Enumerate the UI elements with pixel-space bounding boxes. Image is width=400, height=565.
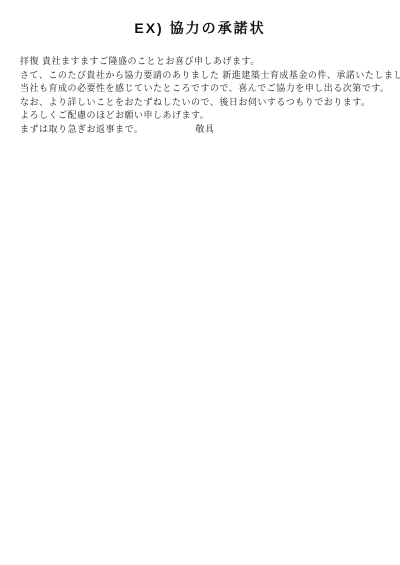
letter-body: 拝復 貴社ますますご隆盛のこととお喜び申しあげます。 さて、このたび貴社から協力… — [0, 55, 400, 136]
letter-line-greeting: 拝復 貴社ますますご隆盛のこととお喜び申しあげます。 — [20, 55, 388, 69]
letter-line-reason: 当社も育成の必要性を感じていたところですので、喜んでご協力を申し出る次第です。 — [20, 82, 388, 96]
letter-title: EX) 協力の承諾状 — [0, 18, 400, 38]
letter-line-signoff: まずは取り急ぎお返事まで。 敬具 — [20, 123, 388, 137]
letter-document: EX) 協力の承諾状 拝復 貴社ますますご隆盛のこととお喜び申しあげます。 さて… — [0, 0, 400, 565]
letter-line-followup: なお、より詳しいことをおたずねしたいので、後日お伺いするつもりでおります。 — [20, 96, 388, 110]
letter-closing: 敬具 — [195, 123, 214, 137]
letter-line-request: よろしくご配慮のほどお願い申しあげます。 — [20, 109, 388, 123]
letter-line-acceptance: さて、このたび貴社から協力要請のありました 新進建築士育成基金の件、承諾いたしま… — [20, 69, 388, 83]
letter-signoff-text: まずは取り急ぎお返事まで。 — [20, 123, 143, 137]
